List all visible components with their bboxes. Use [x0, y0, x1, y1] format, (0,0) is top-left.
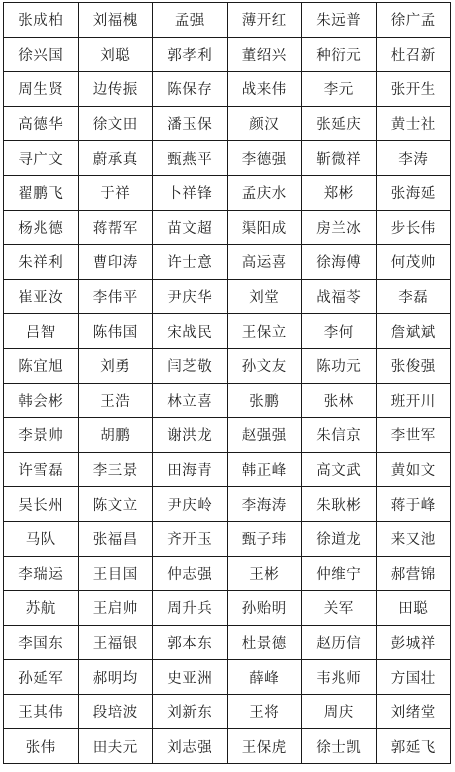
name-cell: 杨兆德: [4, 210, 79, 245]
name-cell: 徐兴国: [4, 37, 79, 72]
name-cell: 段培波: [78, 694, 153, 729]
name-cell: 刘福槐: [78, 3, 153, 38]
name-cell: 蔚承真: [78, 141, 153, 176]
table-row: 周生贤边传振陈保存战来伟李元张开生: [4, 72, 451, 107]
name-cell: 李瑞运: [4, 556, 79, 591]
name-cell: 张海延: [376, 175, 451, 210]
name-cell: 高运喜: [227, 245, 302, 280]
name-cell: 徐文田: [78, 106, 153, 141]
name-cell: 吕智: [4, 314, 79, 349]
name-cell: 张成柏: [4, 3, 79, 38]
name-cell: 林立喜: [153, 383, 228, 418]
name-cell: 李涛: [376, 141, 451, 176]
name-cell: 赵历信: [302, 625, 377, 660]
name-cell: 田夫元: [78, 729, 153, 764]
name-cell: 薄开红: [227, 3, 302, 38]
name-cell: 蒋帮军: [78, 210, 153, 245]
name-cell: 种衍元: [302, 37, 377, 72]
name-cell: 史亚洲: [153, 660, 228, 695]
name-cell: 徐士凯: [302, 729, 377, 764]
name-cell: 王浩: [78, 383, 153, 418]
table-row: 高德华徐文田潘玉保颜汉张延庆黄士社: [4, 106, 451, 141]
document-page: 张成柏刘福槐孟强薄开红朱远普徐广孟徐兴国刘聪郭孝利董绍兴种衍元杜召新周生贤边传振…: [0, 0, 455, 772]
name-cell: 潘玉保: [153, 106, 228, 141]
name-cell: 宋战民: [153, 314, 228, 349]
table-row: 韩会彬王浩林立喜张鹏张林班开川: [4, 383, 451, 418]
name-cell: 王保虎: [227, 729, 302, 764]
name-cell: 李景帅: [4, 418, 79, 453]
name-cell: 班开川: [376, 383, 451, 418]
table-row: 李景帅胡鹏谢洪龙赵强强朱信京李世军: [4, 418, 451, 453]
name-cell: 韦兆师: [302, 660, 377, 695]
table-row: 寻广文蔚承真甄燕平李德强靳微祥李涛: [4, 141, 451, 176]
name-cell: 张福昌: [78, 521, 153, 556]
name-cell: 李三景: [78, 452, 153, 487]
name-cell: 战来伟: [227, 72, 302, 107]
name-cell: 王将: [227, 694, 302, 729]
name-cell: 方国壮: [376, 660, 451, 695]
name-cell: 谢洪龙: [153, 418, 228, 453]
name-cell: 韩正峰: [227, 452, 302, 487]
table-row: 王其伟段培波刘新东王将周庆刘绪堂: [4, 694, 451, 729]
name-cell: 甄子玮: [227, 521, 302, 556]
name-cell: 薛峰: [227, 660, 302, 695]
name-cell: 王启帅: [78, 591, 153, 626]
name-cell: 李海涛: [227, 487, 302, 522]
table-row: 翟鹏飞于祥卜祥锋孟庆水郑彬张海延: [4, 175, 451, 210]
name-cell: 郝营锦: [376, 556, 451, 591]
table-row: 吴长州陈文立尹庆岭李海涛朱耿彬蒋于峰: [4, 487, 451, 522]
name-cell: 朱远普: [302, 3, 377, 38]
name-cell: 田海青: [153, 452, 228, 487]
name-cell: 许雪磊: [4, 452, 79, 487]
name-cell: 胡鹏: [78, 418, 153, 453]
name-cell: 朱信京: [302, 418, 377, 453]
table-row: 张成柏刘福槐孟强薄开红朱远普徐广孟: [4, 3, 451, 38]
name-cell: 颜汉: [227, 106, 302, 141]
name-cell: 朱耿彬: [302, 487, 377, 522]
table-row: 张伟田夫元刘志强王保虎徐士凯郭延飞: [4, 729, 451, 764]
name-cell: 边传振: [78, 72, 153, 107]
name-cell: 吴长州: [4, 487, 79, 522]
name-cell: 苏航: [4, 591, 79, 626]
name-cell: 孟庆水: [227, 175, 302, 210]
name-cell: 刘志强: [153, 729, 228, 764]
name-cell: 李伟平: [78, 279, 153, 314]
name-cell: 孙文友: [227, 348, 302, 383]
name-cell: 李世军: [376, 418, 451, 453]
name-cell: 徐海傅: [302, 245, 377, 280]
name-cell: 张俊强: [376, 348, 451, 383]
name-cell: 仲志强: [153, 556, 228, 591]
name-cell: 刘勇: [78, 348, 153, 383]
table-row: 苏航王启帅周升兵孙贻明关军田聪: [4, 591, 451, 626]
name-cell: 李德强: [227, 141, 302, 176]
name-cell: 蒋于峰: [376, 487, 451, 522]
name-cell: 甄燕平: [153, 141, 228, 176]
name-table: 张成柏刘福槐孟强薄开红朱远普徐广孟徐兴国刘聪郭孝利董绍兴种衍元杜召新周生贤边传振…: [3, 2, 451, 764]
name-cell: 刘堂: [227, 279, 302, 314]
name-cell: 齐开玉: [153, 521, 228, 556]
name-cell: 董绍兴: [227, 37, 302, 72]
name-table-body: 张成柏刘福槐孟强薄开红朱远普徐广孟徐兴国刘聪郭孝利董绍兴种衍元杜召新周生贤边传振…: [4, 3, 451, 764]
table-row: 崔亚汝李伟平尹庆华刘堂战福苓李磊: [4, 279, 451, 314]
name-cell: 苗文超: [153, 210, 228, 245]
name-cell: 李国东: [4, 625, 79, 660]
name-cell: 郑彬: [302, 175, 377, 210]
name-cell: 徐道龙: [302, 521, 377, 556]
name-cell: 渠阳成: [227, 210, 302, 245]
table-row: 马队张福昌齐开玉甄子玮徐道龙来又池: [4, 521, 451, 556]
name-cell: 张延庆: [302, 106, 377, 141]
name-cell: 孙贻明: [227, 591, 302, 626]
name-cell: 郝明均: [78, 660, 153, 695]
name-cell: 仲维宁: [302, 556, 377, 591]
name-cell: 张开生: [376, 72, 451, 107]
name-cell: 崔亚汝: [4, 279, 79, 314]
name-cell: 王保立: [227, 314, 302, 349]
name-cell: 詹斌斌: [376, 314, 451, 349]
name-cell: 房兰冰: [302, 210, 377, 245]
name-cell: 李元: [302, 72, 377, 107]
name-cell: 徐广孟: [376, 3, 451, 38]
name-cell: 闫芝敬: [153, 348, 228, 383]
name-cell: 郭孝利: [153, 37, 228, 72]
name-cell: 刘聪: [78, 37, 153, 72]
name-cell: 朱祥利: [4, 245, 79, 280]
name-cell: 尹庆岭: [153, 487, 228, 522]
name-cell: 周升兵: [153, 591, 228, 626]
name-cell: 郭延飞: [376, 729, 451, 764]
name-cell: 黄如文: [376, 452, 451, 487]
name-cell: 陈文立: [78, 487, 153, 522]
name-cell: 王福银: [78, 625, 153, 660]
name-cell: 马队: [4, 521, 79, 556]
name-cell: 王目国: [78, 556, 153, 591]
name-cell: 孟强: [153, 3, 228, 38]
table-row: 朱祥利曹印涛许士意高运喜徐海傅何茂帅: [4, 245, 451, 280]
name-cell: 张林: [302, 383, 377, 418]
name-cell: 刘绪堂: [376, 694, 451, 729]
name-cell: 黄士社: [376, 106, 451, 141]
name-cell: 田聪: [376, 591, 451, 626]
name-cell: 翟鹏飞: [4, 175, 79, 210]
name-cell: 尹庆华: [153, 279, 228, 314]
table-row: 陈宜旭刘勇闫芝敬孙文友陈功元张俊强: [4, 348, 451, 383]
name-cell: 杜景德: [227, 625, 302, 660]
table-row: 徐兴国刘聪郭孝利董绍兴种衍元杜召新: [4, 37, 451, 72]
name-cell: 彭城祥: [376, 625, 451, 660]
table-row: 孙延军郝明均史亚洲薛峰韦兆师方国壮: [4, 660, 451, 695]
table-row: 李国东王福银郭本东杜景德赵历信彭城祥: [4, 625, 451, 660]
table-row: 许雪磊李三景田海青韩正峰高文武黄如文: [4, 452, 451, 487]
name-cell: 杜召新: [376, 37, 451, 72]
name-cell: 陈保存: [153, 72, 228, 107]
name-cell: 周庆: [302, 694, 377, 729]
name-cell: 陈功元: [302, 348, 377, 383]
name-cell: 陈伟国: [78, 314, 153, 349]
name-cell: 张伟: [4, 729, 79, 764]
name-cell: 高文武: [302, 452, 377, 487]
name-cell: 关军: [302, 591, 377, 626]
name-cell: 周生贤: [4, 72, 79, 107]
name-cell: 卜祥锋: [153, 175, 228, 210]
table-row: 杨兆德蒋帮军苗文超渠阳成房兰冰步长伟: [4, 210, 451, 245]
name-cell: 于祥: [78, 175, 153, 210]
name-cell: 陈宜旭: [4, 348, 79, 383]
name-cell: 孙延军: [4, 660, 79, 695]
name-cell: 李何: [302, 314, 377, 349]
name-cell: 曹印涛: [78, 245, 153, 280]
table-row: 吕智陈伟国宋战民王保立李何詹斌斌: [4, 314, 451, 349]
name-cell: 靳微祥: [302, 141, 377, 176]
name-cell: 步长伟: [376, 210, 451, 245]
name-cell: 王彬: [227, 556, 302, 591]
name-cell: 王其伟: [4, 694, 79, 729]
name-cell: 韩会彬: [4, 383, 79, 418]
table-row: 李瑞运王目国仲志强王彬仲维宁郝营锦: [4, 556, 451, 591]
name-cell: 高德华: [4, 106, 79, 141]
name-cell: 何茂帅: [376, 245, 451, 280]
name-cell: 刘新东: [153, 694, 228, 729]
name-cell: 战福苓: [302, 279, 377, 314]
name-cell: 许士意: [153, 245, 228, 280]
name-cell: 张鹏: [227, 383, 302, 418]
name-cell: 郭本东: [153, 625, 228, 660]
name-cell: 赵强强: [227, 418, 302, 453]
name-cell: 李磊: [376, 279, 451, 314]
name-cell: 寻广文: [4, 141, 79, 176]
name-cell: 来又池: [376, 521, 451, 556]
